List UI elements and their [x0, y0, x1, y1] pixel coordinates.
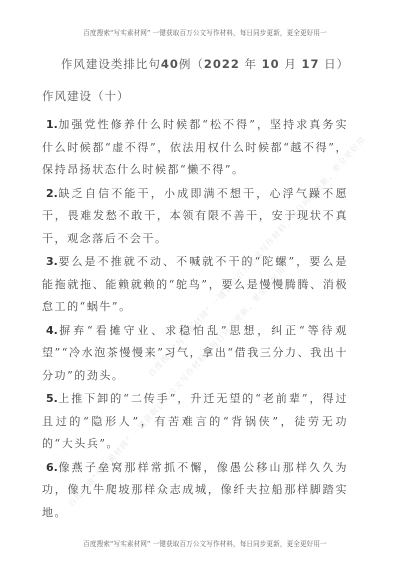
item-number: 4. — [46, 324, 58, 337]
title-month: 10 — [262, 57, 280, 71]
item-text: 要么是不推就不动、不喊就不干的“陀螺”，要么是能拖就拖、能赖就赖的“鸵鸟”，要么… — [42, 255, 348, 313]
list-item: 1.加强党性修养什么时候都“松不得”，坚持求真务实什么时候都“虚不得”，依法用权… — [42, 114, 348, 182]
title-prefix: 作风建设类排比句 — [61, 57, 161, 71]
header-banner: 百度搜索“写实素材网” 一键获取百万公文写作材料，每日同步更新，更全更好用一 — [0, 27, 410, 37]
title-day: 17 — [302, 57, 320, 71]
item-number: 3. — [46, 255, 58, 268]
item-text: 上推下卸的“二传手”，升迁无望的“老前辈”，得过且过的“隐形人”，有苦难言的“背… — [42, 392, 348, 450]
list-item: 2.缺乏自信不能干，小成即满不想干，心浮气躁不愿干，畏难发愁不敢干，本领有限不善… — [42, 183, 348, 251]
list-item: 3.要么是不推就不动、不喊就不干的“陀螺”，要么是能拖就拖、能赖就赖的“鸵鸟”，… — [42, 251, 348, 319]
list-item: 6.像燕子垒窝那样常抓不懈，像愚公移山那样久久为功，像九牛爬坡那样众志成城，像纤… — [42, 457, 348, 525]
item-text: 摒弃“看摊守业、求稳怕乱”思想，纠正“等待观望”“冷水泡茶慢慢来”习气，拿出“借… — [42, 324, 348, 382]
list-item: 5.上推下卸的“二传手”，升迁无望的“老前辈”，得过且过的“隐形人”，有苦难言的… — [42, 388, 348, 456]
list-item: 4.摒弃“看摊守业、求稳怕乱”思想，纠正“等待观望”“冷水泡茶慢慢来”习气，拿出… — [42, 320, 348, 388]
title-year-suffix: 年 — [240, 57, 262, 71]
item-number: 1. — [46, 118, 58, 131]
title-day-suffix: 日） — [320, 57, 350, 71]
title-count: 40 — [161, 57, 179, 71]
document-title: 作风建设类排比句40例（2022 年 10 月 17 日） — [0, 56, 410, 72]
item-text: 缺乏自信不能干，小成即满不想干，心浮气躁不愿干，畏难发愁不敢干，本领有限不善干，… — [42, 187, 348, 245]
title-month-suffix: 月 — [280, 57, 302, 71]
section-heading: 作风建设（十） — [42, 88, 348, 104]
document-body: 作风建设（十） 1.加强党性修养什么时候都“松不得”，坚持求真务实什么时候都“虚… — [42, 88, 348, 525]
item-number: 2. — [46, 187, 58, 200]
item-number: 6. — [46, 461, 58, 474]
title-mid: 例（ — [179, 57, 204, 71]
footer-banner: 百度搜索“写实素材网” 一键获取百万公文写作材料，每日同步更新，更全更好用一 — [0, 538, 410, 548]
item-text: 像燕子垒窝那样常抓不懈，像愚公移山那样久久为功，像九牛爬坡那样众志成城，像纤夫拉… — [42, 461, 348, 519]
title-year: 2022 — [204, 57, 240, 71]
item-text: 加强党性修养什么时候都“松不得”，坚持求真务实什么时候都“虚不得”，依法用权什么… — [42, 118, 348, 176]
item-number: 5. — [46, 392, 58, 405]
